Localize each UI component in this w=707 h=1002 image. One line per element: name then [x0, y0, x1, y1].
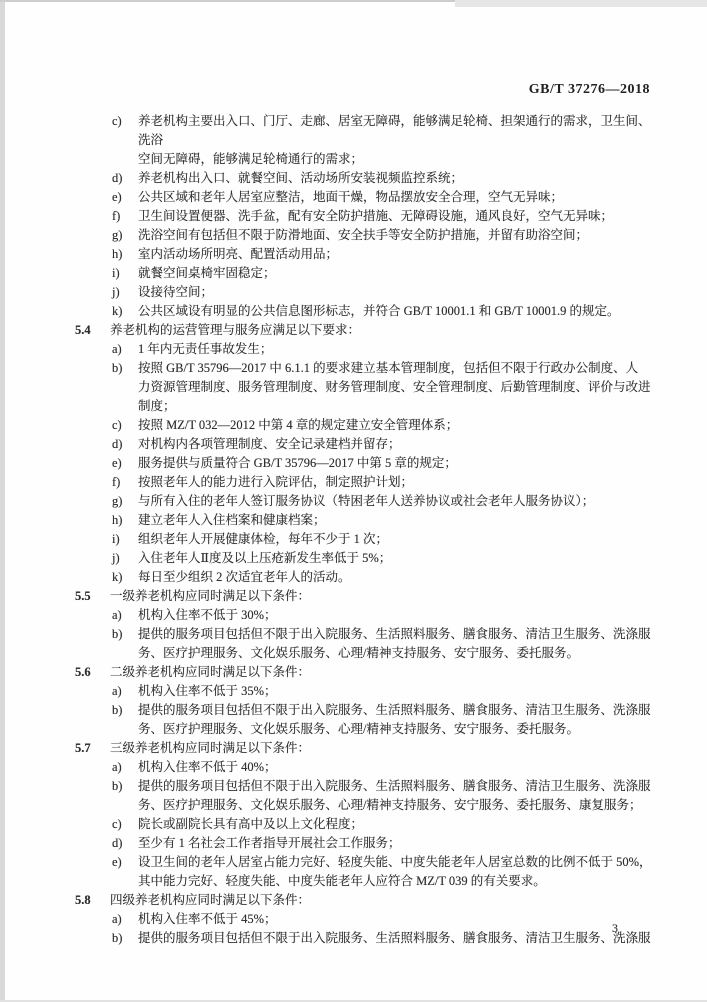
text-line: 建立老年人入住档案和健康档案；	[138, 511, 652, 530]
item-text: 卫生间设置便器、洗手盆，配有安全防护措施、无障碍设施，通风良好，空气无异味；	[138, 207, 652, 226]
item-text: 洗浴空间有包括但不限于防滑地面、安全扶手等安全防护措施，并留有助浴空间；	[138, 226, 652, 245]
text-line: 入住老年人Ⅱ度及以上压疮新发生率低于 5%；	[138, 549, 652, 568]
list-item: f)卫生间设置便器、洗手盆，配有安全防护措施、无障碍设施，通风良好，空气无异味；	[75, 207, 652, 226]
text-line: 设卫生间的老年人居室占能力完好、轻度失能、中度失能老年人居室总数的比例不低于 5…	[138, 853, 652, 872]
list-item: i)就餐空间桌椅牢固稳定；	[75, 264, 652, 283]
list-item: b)提供的服务项目包括但不限于出入院服务、生活照料服务、膳食服务、清洁卫生服务、…	[75, 929, 652, 948]
text-line: 与所有入住的老年人签订服务协议（特困老年人送养协议或社会老年人服务协议）；	[138, 492, 652, 511]
scan-edge-top-right	[455, 0, 707, 7]
clause-title: 一级养老机构应同时满足以下条件：	[110, 587, 652, 606]
list-item: b)提供的服务项目包括但不限于出入院服务、生活照料服务、膳食服务、清洁卫生服务、…	[75, 701, 652, 739]
list-item: g)与所有入住的老年人签订服务协议（特困老年人送养协议或社会老年人服务协议）；	[75, 492, 652, 511]
list-item: a)机构入住率不低于 45%；	[75, 910, 652, 929]
list-item: g)洗浴空间有包括但不限于防滑地面、安全扶手等安全防护措施，并留有助浴空间；	[75, 226, 652, 245]
text-line: 院长或副院长具有高中及以上文化程度；	[138, 815, 652, 834]
text-line: 室内活动场所明亮、配置活动用品；	[138, 245, 652, 264]
text-line: 公共区域和老年人居室应整洁，地面干燥，物品摆放安全合理，空气无异味；	[138, 188, 652, 207]
list-item: a)1 年内无责任事故发生；	[75, 340, 652, 359]
list-item: a)机构入住率不低于 40%；	[75, 758, 652, 777]
text-line: 至少有 1 名社会工作者指导开展社会工作服务；	[138, 834, 652, 853]
list-item: d)养老机构出入口、就餐空间、活动场所安装视频监控系统；	[75, 169, 652, 188]
list-item: d)对机构内各项管理制度、安全记录建档并留存；	[75, 435, 652, 454]
text-line: 制度；	[138, 397, 652, 416]
list-item: k)每日至少组织 2 次适宜老年人的活动。	[75, 568, 652, 587]
item-letter: h)	[112, 511, 138, 530]
item-letter: a)	[112, 606, 138, 625]
item-letter: c)	[112, 112, 138, 131]
item-text: 机构入住率不低于 45%；	[138, 910, 652, 929]
text-line: 每日至少组织 2 次适宜老年人的活动。	[138, 568, 652, 587]
list-item: j)入住老年人Ⅱ度及以上压疮新发生率低于 5%；	[75, 549, 652, 568]
item-text: 院长或副院长具有高中及以上文化程度；	[138, 815, 652, 834]
item-text: 服务提供与质量符合 GB/T 35796—2017 中第 5 章的规定；	[138, 454, 652, 473]
text-line: 就餐空间桌椅牢固稳定；	[138, 264, 652, 283]
list-item: b)提供的服务项目包括但不限于出入院服务、生活照料服务、膳食服务、清洁卫生服务、…	[75, 625, 652, 663]
text-line: 养老机构出入口、就餐空间、活动场所安装视频监控系统；	[138, 169, 652, 188]
list-item: k)公共区域设有明显的公共信息图形标志，并符合 GB/T 10001.1 和 G…	[75, 302, 652, 321]
list-item: i)组织老年人开展健康体检，每年不少于 1 次；	[75, 530, 652, 549]
text-line: 养老机构的运营管理与服务应满足以下要求：	[110, 321, 652, 340]
page-number: 3	[612, 921, 618, 936]
text-line: 设接待空间；	[138, 283, 652, 302]
item-letter: a)	[112, 340, 138, 359]
clause-number: 5.5	[75, 587, 110, 606]
text-line: 务、医疗护理服务、文化娱乐服务、心理/精神支持服务、安宁服务、委托服务、康复服务…	[138, 796, 652, 815]
clause-number: 5.8	[75, 891, 110, 910]
item-letter: g)	[112, 492, 138, 511]
item-text: 提供的服务项目包括但不限于出入院服务、生活照料服务、膳食服务、清洁卫生服务、洗涤…	[138, 701, 652, 739]
list-item: f)按照老年人的能力进行入院评估，制定照护计划；	[75, 473, 652, 492]
clause-title: 三级养老机构应同时满足以下条件：	[110, 739, 652, 758]
text-line: 三级养老机构应同时满足以下条件：	[110, 739, 652, 758]
item-text: 就餐空间桌椅牢固稳定；	[138, 264, 652, 283]
list-item: a)机构入住率不低于 35%；	[75, 682, 652, 701]
text-line: 洗浴空间有包括但不限于防滑地面、安全扶手等安全防护措施，并留有助浴空间；	[138, 226, 652, 245]
text-line: 提供的服务项目包括但不限于出入院服务、生活照料服务、膳食服务、清洁卫生服务、洗涤…	[138, 777, 652, 796]
text-line: 务、医疗护理服务、文化娱乐服务、心理/精神支持服务、安宁服务、委托服务。	[138, 644, 652, 663]
item-text: 室内活动场所明亮、配置活动用品；	[138, 245, 652, 264]
list-item: c)按照 MZ/T 032—2012 中第 4 章的规定建立安全管理体系；	[75, 416, 652, 435]
list-item: b)提供的服务项目包括但不限于出入院服务、生活照料服务、膳食服务、清洁卫生服务、…	[75, 777, 652, 815]
item-text: 提供的服务项目包括但不限于出入院服务、生活照料服务、膳食服务、清洁卫生服务、洗涤…	[138, 777, 652, 815]
item-text: 提供的服务项目包括但不限于出入院服务、生活照料服务、膳食服务、清洁卫生服务、洗涤…	[138, 929, 652, 948]
item-letter: d)	[112, 169, 138, 188]
item-text: 入住老年人Ⅱ度及以上压疮新发生率低于 5%；	[138, 549, 652, 568]
text-line: 提供的服务项目包括但不限于出入院服务、生活照料服务、膳食服务、清洁卫生服务、洗涤…	[138, 929, 652, 948]
item-text: 机构入住率不低于 35%；	[138, 682, 652, 701]
text-line: 其中能力完好、轻度失能、中度失能老年人应符合 MZ/T 039 的有关要求。	[138, 872, 652, 891]
text-line: 卫生间设置便器、洗手盆，配有安全防护措施、无障碍设施，通风良好，空气无异味；	[138, 207, 652, 226]
text-line: 对机构内各项管理制度、安全记录建档并留存；	[138, 435, 652, 454]
item-letter: j)	[112, 549, 138, 568]
list-item: j)设接待空间；	[75, 283, 652, 302]
item-text: 每日至少组织 2 次适宜老年人的活动。	[138, 568, 652, 587]
scan-edge-left	[0, 0, 5, 1002]
item-letter: a)	[112, 910, 138, 929]
item-letter: b)	[112, 625, 138, 644]
text-line: 公共区域设有明显的公共信息图形标志，并符合 GB/T 10001.1 和 GB/…	[138, 302, 652, 321]
clause-number: 5.6	[75, 663, 110, 682]
clause-title: 四级养老机构应同时满足以下条件：	[110, 891, 652, 910]
item-letter: i)	[112, 264, 138, 283]
item-letter: e)	[112, 454, 138, 473]
list-item: e)公共区域和老年人居室应整洁，地面干燥，物品摆放安全合理，空气无异味；	[75, 188, 652, 207]
item-text: 1 年内无责任事故发生；	[138, 340, 652, 359]
item-text: 按照 GB/T 35796—2017 中 6.1.1 的要求建立基本管理制度，包…	[138, 359, 652, 416]
item-letter: b)	[112, 701, 138, 720]
text-line: 按照 MZ/T 032—2012 中第 4 章的规定建立安全管理体系；	[138, 416, 652, 435]
clause-number: 5.7	[75, 739, 110, 758]
text-line: 按照老年人的能力进行入院评估，制定照护计划；	[138, 473, 652, 492]
list-item: a)机构入住率不低于 30%；	[75, 606, 652, 625]
item-text: 按照 MZ/T 032—2012 中第 4 章的规定建立安全管理体系；	[138, 416, 652, 435]
item-letter: g)	[112, 226, 138, 245]
item-text: 至少有 1 名社会工作者指导开展社会工作服务；	[138, 834, 652, 853]
section-clause: 5.7三级养老机构应同时满足以下条件：	[75, 739, 652, 758]
item-letter: e)	[112, 853, 138, 872]
text-line: 空间无障碍，能够满足轮椅通行的需求；	[138, 150, 652, 169]
list-item: d)至少有 1 名社会工作者指导开展社会工作服务；	[75, 834, 652, 853]
clause-title: 养老机构的运营管理与服务应满足以下要求：	[110, 321, 652, 340]
section-clause: 5.5一级养老机构应同时满足以下条件：	[75, 587, 652, 606]
item-text: 养老机构出入口、就餐空间、活动场所安装视频监控系统；	[138, 169, 652, 188]
clause-number: 5.4	[75, 321, 110, 340]
section-clause: 5.6二级养老机构应同时满足以下条件：	[75, 663, 652, 682]
item-text: 按照老年人的能力进行入院评估，制定照护计划；	[138, 473, 652, 492]
text-line: 二级养老机构应同时满足以下条件：	[110, 663, 652, 682]
item-letter: h)	[112, 245, 138, 264]
list-item: c)养老机构主要出入口、门厅、走廊、居室无障碍，能够满足轮椅、担架通行的需求，卫…	[75, 112, 652, 169]
item-letter: k)	[112, 302, 138, 321]
text-line: 一级养老机构应同时满足以下条件：	[110, 587, 652, 606]
item-letter: j)	[112, 283, 138, 302]
text-line: 四级养老机构应同时满足以下条件：	[110, 891, 652, 910]
clause-title: 二级养老机构应同时满足以下条件：	[110, 663, 652, 682]
list-item: b)按照 GB/T 35796—2017 中 6.1.1 的要求建立基本管理制度…	[75, 359, 652, 416]
item-text: 设接待空间；	[138, 283, 652, 302]
section-clause: 5.8四级养老机构应同时满足以下条件：	[75, 891, 652, 910]
item-letter: f)	[112, 473, 138, 492]
document-body: c)养老机构主要出入口、门厅、走廊、居室无障碍，能够满足轮椅、担架通行的需求，卫…	[75, 112, 652, 948]
text-line: 力资源管理制度、服务管理制度、财务管理制度、安全管理制度、后勤管理制度、评价与改…	[138, 378, 652, 397]
item-letter: d)	[112, 834, 138, 853]
item-letter: b)	[112, 929, 138, 948]
standard-code-header: GB/T 37276—2018	[529, 82, 650, 98]
text-line: 机构入住率不低于 45%；	[138, 910, 652, 929]
item-text: 对机构内各项管理制度、安全记录建档并留存；	[138, 435, 652, 454]
item-text: 组织老年人开展健康体检，每年不少于 1 次；	[138, 530, 652, 549]
list-item: h)建立老年人入住档案和健康档案；	[75, 511, 652, 530]
item-letter: e)	[112, 188, 138, 207]
item-text: 公共区域设有明显的公共信息图形标志，并符合 GB/T 10001.1 和 GB/…	[138, 302, 652, 321]
text-line: 养老机构主要出入口、门厅、走廊、居室无障碍，能够满足轮椅、担架通行的需求，卫生间…	[138, 112, 652, 150]
item-text: 机构入住率不低于 40%；	[138, 758, 652, 777]
text-line: 1 年内无责任事故发生；	[138, 340, 652, 359]
item-text: 养老机构主要出入口、门厅、走廊、居室无障碍，能够满足轮椅、担架通行的需求，卫生间…	[138, 112, 652, 169]
list-item: e)设卫生间的老年人居室占能力完好、轻度失能、中度失能老年人居室总数的比例不低于…	[75, 853, 652, 891]
text-line: 机构入住率不低于 40%；	[138, 758, 652, 777]
item-text: 与所有入住的老年人签订服务协议（特困老年人送养协议或社会老年人服务协议）；	[138, 492, 652, 511]
item-letter: f)	[112, 207, 138, 226]
item-letter: c)	[112, 416, 138, 435]
text-line: 务、医疗护理服务、文化娱乐服务、心理/精神支持服务、安宁服务、委托服务。	[138, 720, 652, 739]
list-item: e)服务提供与质量符合 GB/T 35796—2017 中第 5 章的规定；	[75, 454, 652, 473]
text-line: 组织老年人开展健康体检，每年不少于 1 次；	[138, 530, 652, 549]
item-letter: a)	[112, 758, 138, 777]
text-line: 机构入住率不低于 35%；	[138, 682, 652, 701]
item-letter: b)	[112, 777, 138, 796]
section-clause: 5.4养老机构的运营管理与服务应满足以下要求：	[75, 321, 652, 340]
item-letter: d)	[112, 435, 138, 454]
item-letter: a)	[112, 682, 138, 701]
text-line: 服务提供与质量符合 GB/T 35796—2017 中第 5 章的规定；	[138, 454, 652, 473]
text-line: 提供的服务项目包括但不限于出入院服务、生活照料服务、膳食服务、清洁卫生服务、洗涤…	[138, 625, 652, 644]
item-text: 公共区域和老年人居室应整洁，地面干燥，物品摆放安全合理，空气无异味；	[138, 188, 652, 207]
item-text: 设卫生间的老年人居室占能力完好、轻度失能、中度失能老年人居室总数的比例不低于 5…	[138, 853, 652, 891]
text-line: 提供的服务项目包括但不限于出入院服务、生活照料服务、膳食服务、清洁卫生服务、洗涤…	[138, 701, 652, 720]
list-item: h)室内活动场所明亮、配置活动用品；	[75, 245, 652, 264]
document-page: GB/T 37276—2018 c)养老机构主要出入口、门厅、走廊、居室无障碍，…	[0, 0, 707, 1002]
list-item: c)院长或副院长具有高中及以上文化程度；	[75, 815, 652, 834]
text-line: 机构入住率不低于 30%；	[138, 606, 652, 625]
item-text: 建立老年人入住档案和健康档案；	[138, 511, 652, 530]
item-letter: i)	[112, 530, 138, 549]
text-line: 按照 GB/T 35796—2017 中 6.1.1 的要求建立基本管理制度，包…	[138, 359, 652, 378]
item-letter: k)	[112, 568, 138, 587]
item-text: 提供的服务项目包括但不限于出入院服务、生活照料服务、膳食服务、清洁卫生服务、洗涤…	[138, 625, 652, 663]
item-text: 机构入住率不低于 30%；	[138, 606, 652, 625]
item-letter: c)	[112, 815, 138, 834]
item-letter: b)	[112, 359, 138, 378]
